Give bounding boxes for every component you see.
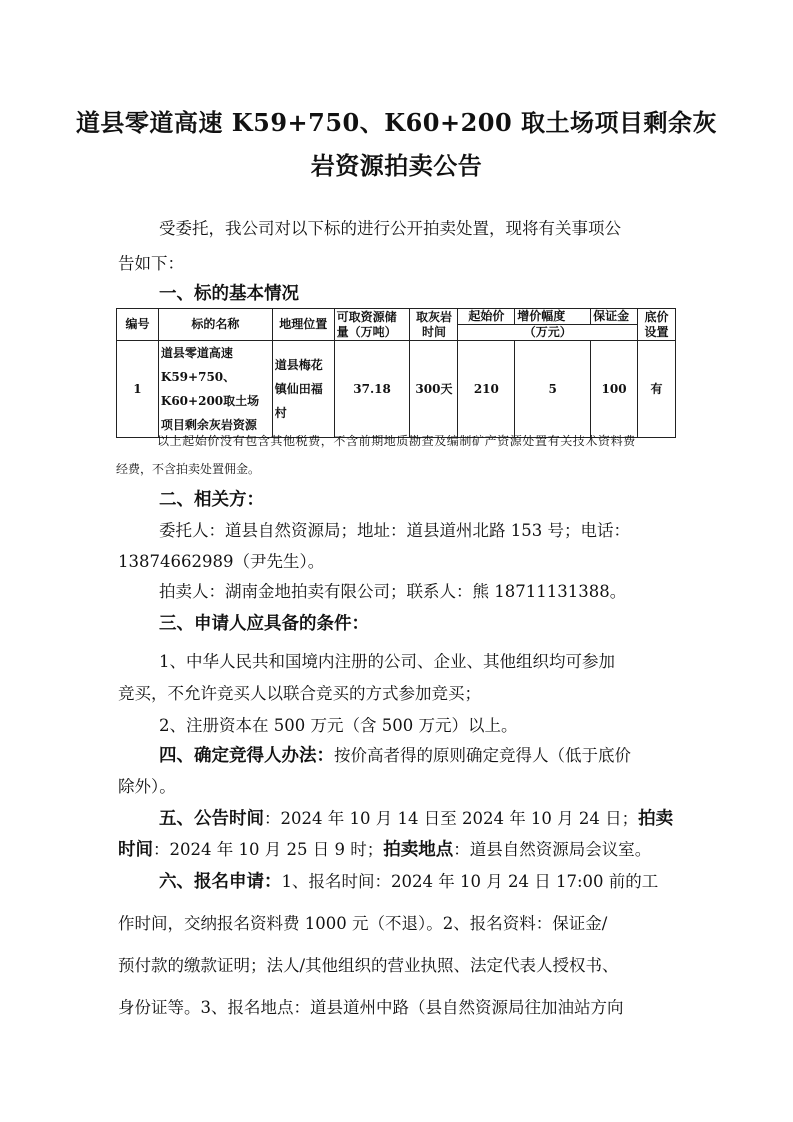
header-increment: 增价幅度 (515, 309, 591, 325)
section4-heading: 四、确定竞得人办法： (159, 746, 334, 766)
header-unit: （万元） (458, 325, 638, 341)
lot-table: 编号 标的名称 地理位置 可取资源储量（万吨） 取灰岩时间 起始价 增价幅度 保… (116, 308, 676, 438)
cell-name: 道县零道高速K59+750、K60+200取土场项目剩余灰岩资源 (158, 341, 272, 438)
auctioneer: 拍卖人：湖南金地拍卖有限公司；联系人：熊 18711131388。 (118, 582, 676, 602)
cell-duration: 300天 (410, 341, 458, 438)
consignor-line2: 13874662989（尹先生）。 (118, 552, 676, 572)
condition1-line2: 竞买，不允许竞买人以联合竞买的方式参加竞买； (118, 684, 676, 704)
auction-time-label-b: 时间 (118, 840, 153, 860)
condition2: 2、注册资本在 500 万元（含 500 万元）以上。 (118, 716, 676, 736)
document-title-line1: 道县零道高速 K59+750、K60+200 取土场项目剩余灰 (0, 103, 793, 138)
auction-time-label-a: 拍卖 (638, 809, 673, 829)
section6-line1: 六、报名申请：1、报名时间：2024 年 10 月 24 日 17:00 前的工 (118, 872, 676, 892)
header-name: 标的名称 (158, 309, 272, 341)
section5-heading: 五、公告时间 (159, 809, 264, 829)
section6-line2: 作时间，交纳报名资料费 1000 元（不退）。2、报名资料：保证金/ (118, 914, 676, 934)
auction-place-label: 拍卖地点 (383, 840, 453, 860)
header-reserve: 可取资源储量（万吨） (334, 309, 410, 341)
condition1-line1: 1、中华人民共和国境内注册的公司、企业、其他组织均可参加 (118, 652, 676, 672)
cell-no: 1 (117, 341, 159, 438)
cell-location: 道县梅花镇仙田福村 (272, 341, 334, 438)
section5-line2: 时间：2024 年 10 月 25 日 9 时；拍卖地点：道县自然资源局会议室。 (118, 840, 676, 860)
price-note-line2: 经费，不含拍卖处置佣金。 (116, 456, 674, 482)
auction-place: ：道县自然资源局会议室。 (453, 840, 651, 859)
section5-line1: 五、公告时间：2024 年 10 月 14 日至 2024 年 10 月 24 … (118, 809, 676, 829)
intro-line2: 告如下： (118, 254, 676, 274)
cell-reserve-price: 有 (638, 341, 676, 438)
section1-heading: 一、标的基本情况 (118, 284, 676, 304)
registration-time: 1、报名时间：2024 年 10 月 24 日 17:00 前的工 (282, 872, 659, 891)
section3-heading: 三、申请人应具备的条件： (118, 614, 676, 634)
header-duration: 取灰岩时间 (410, 309, 458, 341)
section4-line2: 除外）。 (118, 777, 676, 797)
header-location: 地理位置 (272, 309, 334, 341)
intro-line1: 受委托，我公司对以下标的进行公开拍卖处置，现将有关事项公 (118, 219, 676, 239)
cell-start-price: 210 (458, 341, 515, 438)
section4-line1: 四、确定竞得人办法：按价高者得的原则确定竞得人（低于底价 (118, 746, 676, 766)
header-deposit: 保证金 (591, 309, 638, 325)
header-start-price: 起始价 (458, 309, 515, 325)
header-reserve-price: 底价设置 (638, 309, 676, 341)
section2-heading: 二、相关方： (118, 490, 676, 510)
section6-line4: 身份证等。3、报名地点：道县道州中路（县自然资源局往加油站方向 (118, 998, 676, 1018)
consignor-line1: 委托人：道县自然资源局；地址：道县道州北路 153 号；电话： (118, 521, 676, 541)
table-row: 1 道县零道高速K59+750、K60+200取土场项目剩余灰岩资源 道县梅花镇… (117, 341, 676, 438)
section6-heading: 六、报名申请： (159, 872, 282, 892)
section6-line3: 预付款的缴款证明；法人/其他组织的营业执照、法定代表人授权书、 (118, 956, 676, 976)
section4-text: 按价高者得的原则确定竞得人（低于底价 (334, 746, 631, 765)
price-note-line1: 以上起始价没有包含其他税费，不含前期地质勘查及编制矿产资源处置有关技术资料费 (116, 428, 678, 454)
cell-deposit: 100 (591, 341, 638, 438)
document-title-line2: 岩资源拍卖公告 (0, 146, 793, 181)
cell-reserve: 37.18 (334, 341, 410, 438)
header-no: 编号 (117, 309, 159, 341)
notice-period: ：2024 年 10 月 14 日至 2024 年 10 月 24 日； (264, 809, 638, 828)
auction-time: ：2024 年 10 月 25 日 9 时； (153, 840, 383, 859)
cell-increment: 5 (515, 341, 591, 438)
